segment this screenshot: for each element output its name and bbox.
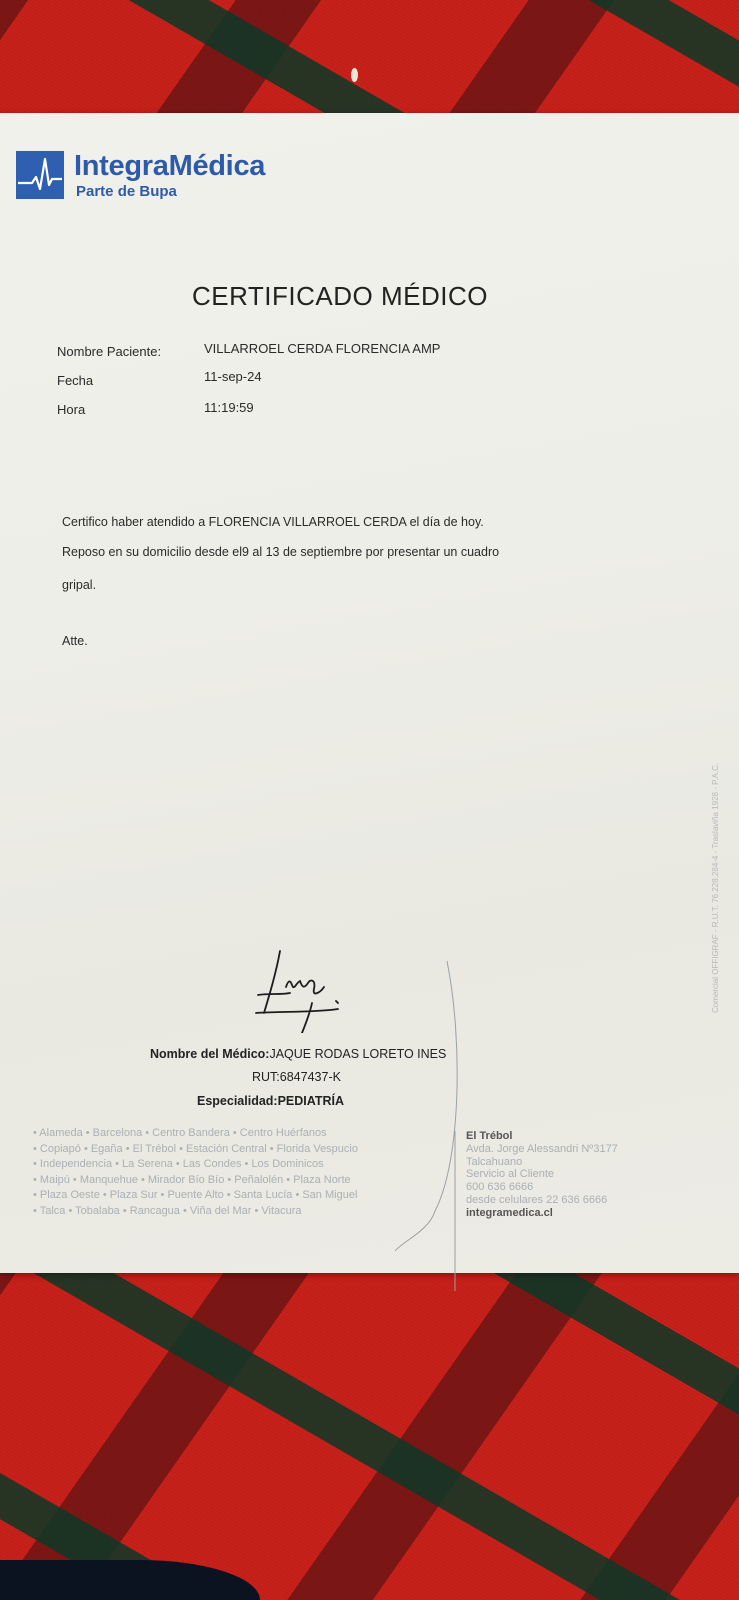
closing-text: Atte. <box>62 634 88 648</box>
doctor-rut-label: RUT: <box>252 1070 280 1084</box>
doctor-specialty: Especialidad:PEDIATRÍA <box>197 1094 344 1108</box>
medical-certificate-paper: IntegraMédica Parte de Bupa CERTIFICADO … <box>0 113 739 1273</box>
contact-line: desde celulares 22 636 6666 <box>466 1194 618 1207</box>
branch-line: • Maipú • Manquehue • Mirador Bío Bío • … <box>33 1173 423 1189</box>
doctor-signature <box>250 943 370 1038</box>
doctor-specialty-value: PEDIATRÍA <box>278 1094 344 1108</box>
brand-subtitle: Parte de Bupa <box>76 183 265 200</box>
branch-line: • Copiapó • Egaña • El Trébol • Estación… <box>33 1142 423 1158</box>
doctor-name-label: Nombre del Médico: <box>150 1047 269 1061</box>
integramedica-logo: IntegraMédica Parte de Bupa <box>16 151 265 200</box>
contact-line: Servicio al Cliente <box>466 1168 618 1181</box>
branch-line: • Talca • Tobalaba • Rancagua • Viña del… <box>33 1204 423 1220</box>
heartbeat-icon <box>16 151 64 199</box>
doctor-rut-value: 6847437-K <box>280 1070 341 1084</box>
contact-line: Avda. Jorge Alessandri Nº3177 <box>466 1143 618 1156</box>
certificate-line-3: gripal. <box>62 578 96 592</box>
branch-line: • Independencia • La Serena • Las Condes… <box>33 1157 423 1173</box>
patient-name-label: Nombre Paciente: <box>57 344 161 359</box>
time-label: Hora <box>57 402 85 417</box>
certificate-line-2: Reposo en su domicilio desde el9 al 13 d… <box>62 545 499 559</box>
contact-line: Talcahuano <box>466 1156 618 1169</box>
contact-block: El Trébol Avda. Jorge Alessandri Nº3177 … <box>466 1130 618 1220</box>
contact-line: 600 636 6666 <box>466 1181 618 1194</box>
lint-speck <box>351 68 358 82</box>
contact-heading: El Trébol <box>466 1130 618 1143</box>
doctor-rut: RUT:6847437-K <box>252 1070 341 1084</box>
document-title: CERTIFICADO MÉDICO <box>0 281 680 312</box>
brand-name: IntegraMédica <box>74 151 265 181</box>
time-value: 11:19:59 <box>204 400 254 415</box>
doctor-specialty-label: Especialidad: <box>197 1094 278 1108</box>
printer-note: Comercial OFFIGRAF - R.U.T. 76.228.284-4… <box>711 763 720 1013</box>
branch-list: • Alameda • Barcelona • Centro Bandera •… <box>33 1126 423 1219</box>
patient-name-value: VILLARROEL CERDA FLORENCIA AMP <box>204 341 440 356</box>
branch-line: • Plaza Oeste • Plaza Sur • Puente Alto … <box>33 1188 423 1204</box>
website-text: integramedica.cl <box>466 1207 618 1220</box>
branch-line: • Alameda • Barcelona • Centro Bandera •… <box>33 1126 423 1142</box>
date-value: 11-sep-24 <box>204 369 262 384</box>
certificate-line-1: Certifico haber atendido a FLORENCIA VIL… <box>62 515 484 529</box>
date-label: Fecha <box>57 373 93 388</box>
